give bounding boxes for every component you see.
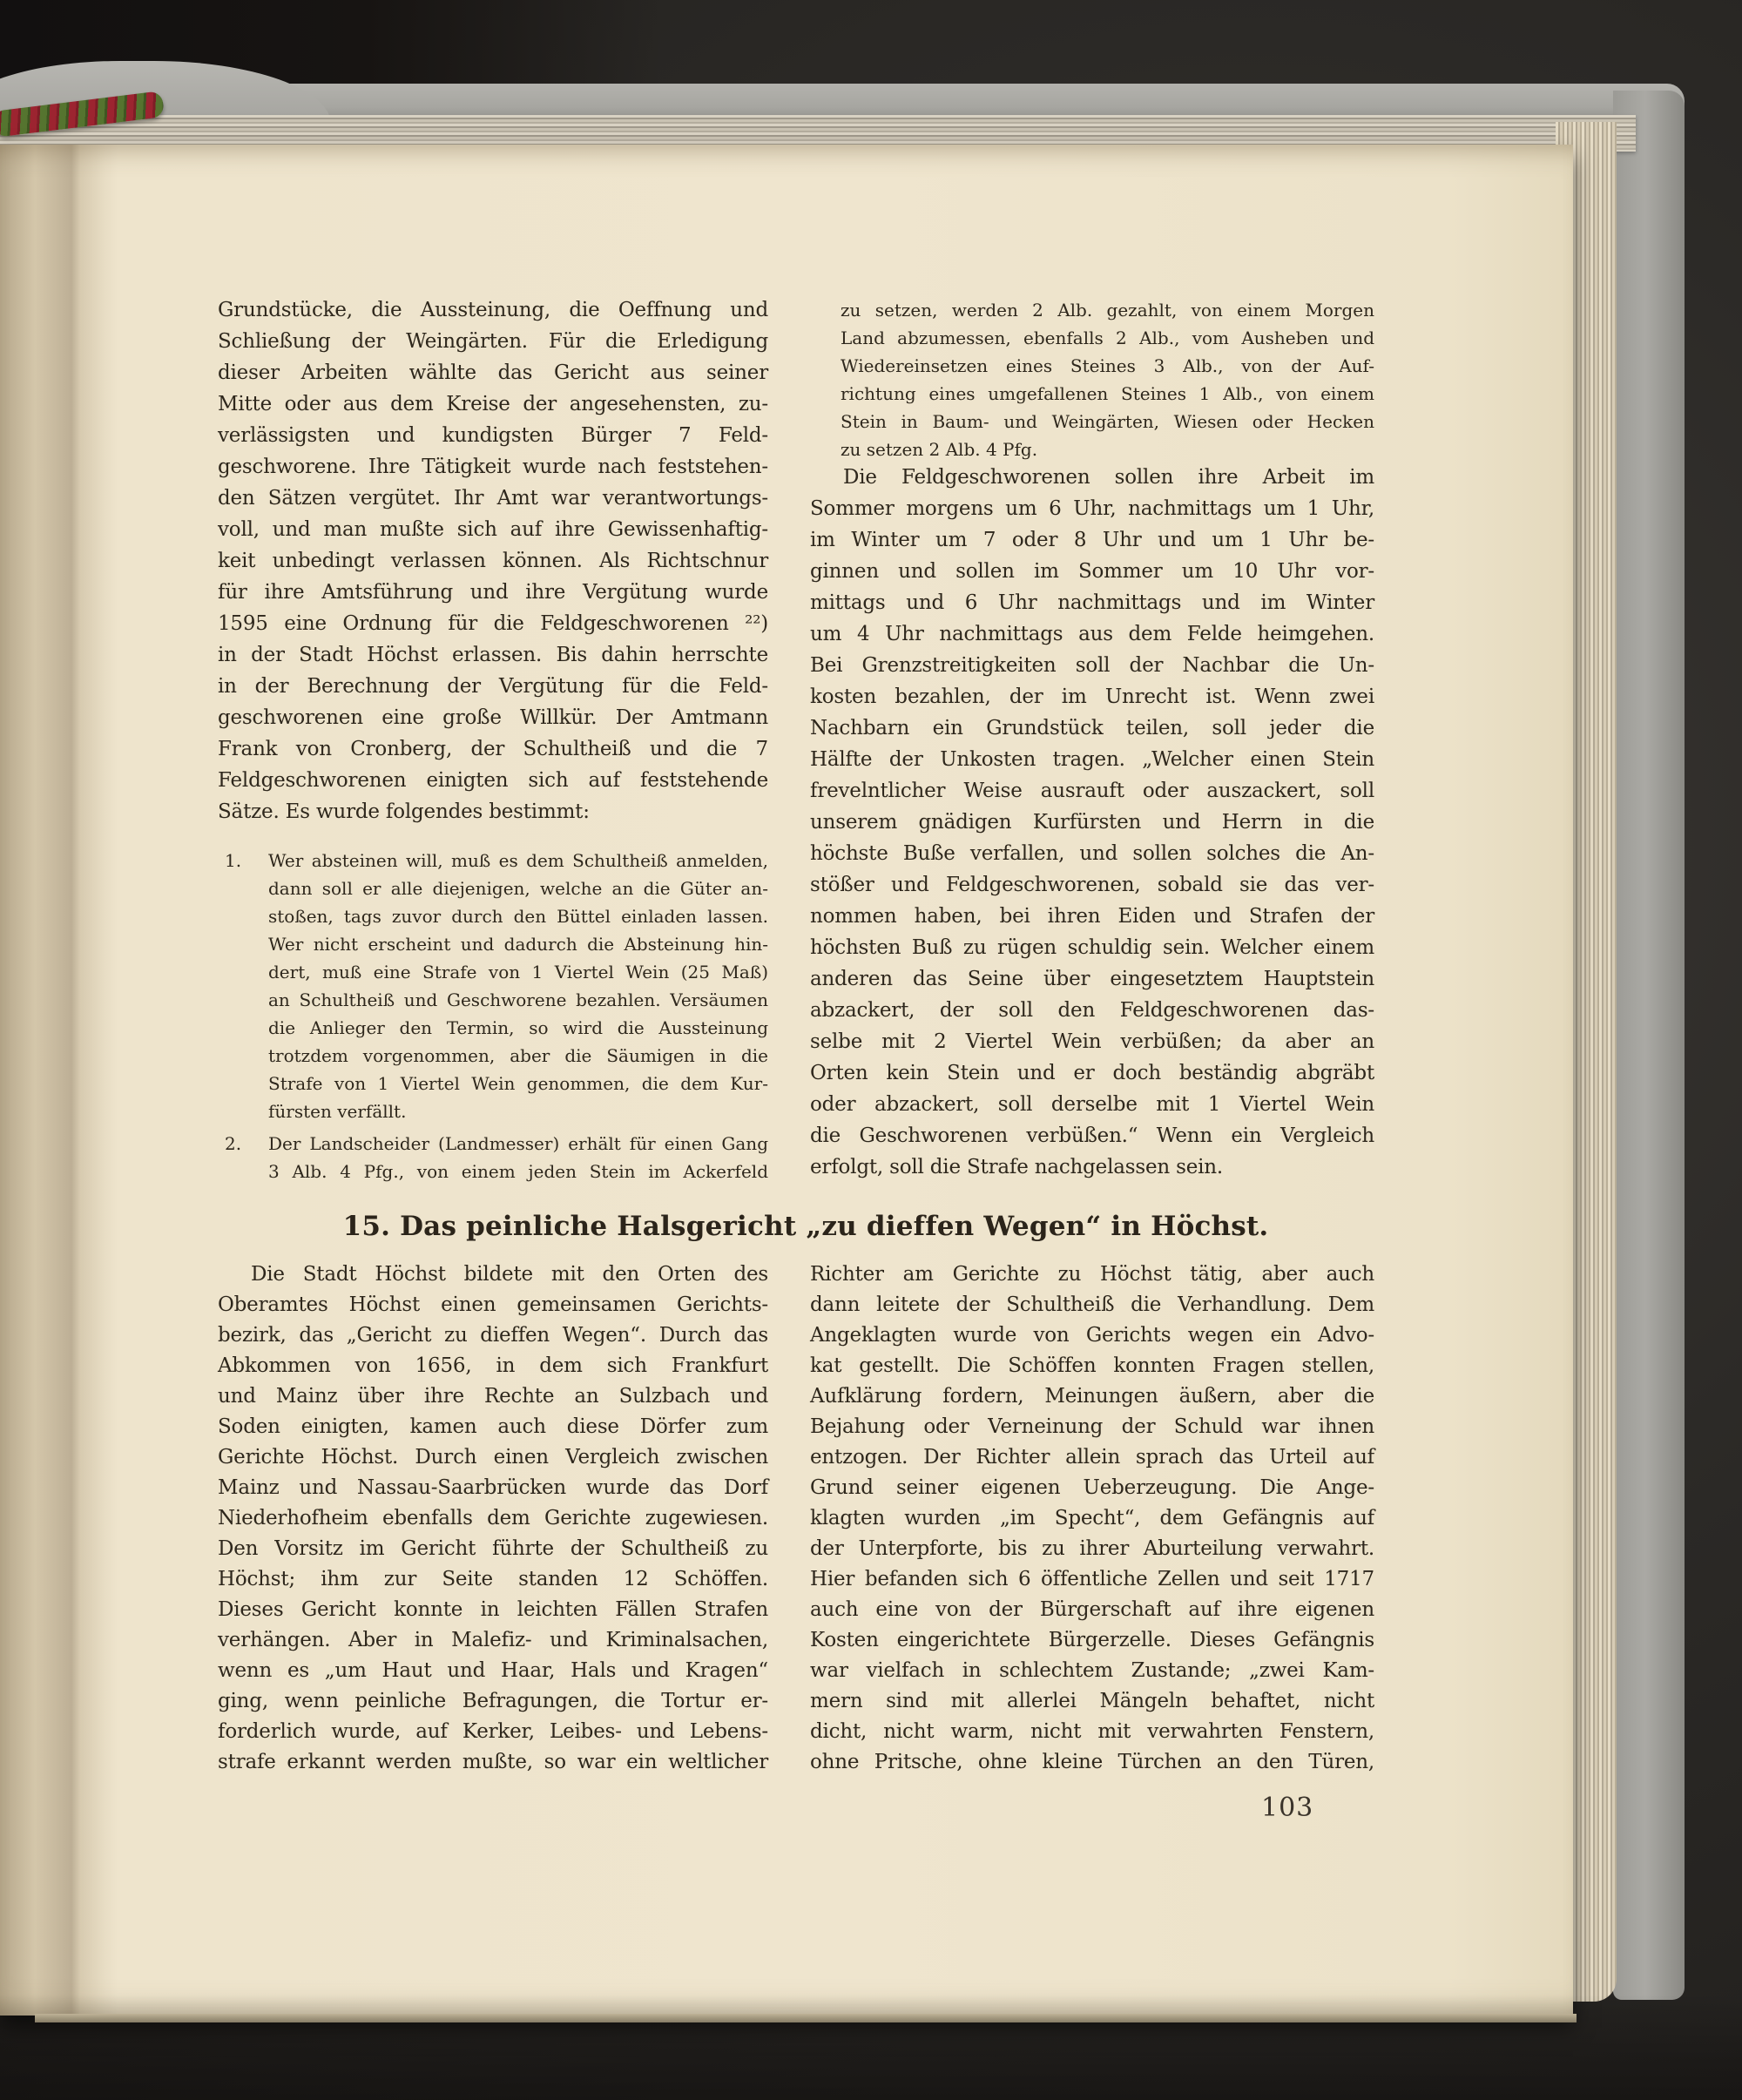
- text-line: Hälfte der Unkosten tragen. „Welcher ein…: [810, 744, 1374, 775]
- page-number: 103: [1261, 1793, 1357, 1823]
- text-line: Frank von Cronberg, der Schultheiß und d…: [218, 733, 768, 765]
- top-right-column-small: zu setzen, werden 2 Alb. gezahlt, von ei…: [841, 296, 1374, 463]
- text-line: richtung eines umgefallenen Steines 1 Al…: [841, 380, 1374, 408]
- text-line: kat gestellt. Die Schöffen konnten Frage…: [810, 1351, 1374, 1381]
- text-line: frevelntlicher Weise ausrauft oder ausza…: [810, 775, 1374, 807]
- text-line: Strafe von 1 Viertel Wein genommen, die …: [268, 1070, 768, 1097]
- list-item: 1.Wer absteinen will, muß es dem Schulth…: [225, 847, 768, 1125]
- text-line: Bei Grenzstreitigkeiten soll der Nachbar…: [810, 650, 1374, 681]
- text-line: anderen das Seine über eingesetztem Haup…: [810, 963, 1374, 995]
- text-line: Höchst; ihm zur Seite standen 12 Schöffe…: [218, 1564, 768, 1595]
- top-left-column: Grundstücke, die Aussteinung, die Oeffnu…: [218, 294, 768, 827]
- list-item: 2.Der Landscheider (Landmesser) erhält f…: [225, 1130, 768, 1185]
- text-line: Orten kein Stein und er doch beständig a…: [810, 1057, 1374, 1089]
- list-item-number: 2.: [225, 1130, 268, 1185]
- text-line: stößer und Feldgeschworenen, sobald sie …: [810, 869, 1374, 901]
- text-line: dieser Arbeiten wählte das Gericht aus s…: [218, 357, 768, 388]
- text-line: Grund seiner eigenen Ueberzeugung. Die A…: [810, 1473, 1374, 1503]
- text-line: Grundstücke, die Aussteinung, die Oeffnu…: [218, 294, 768, 326]
- text-line: unserem gnädigen Kurfürsten und Herrn in…: [810, 807, 1374, 838]
- text-line: Aufklärung fordern, Meinungen äußern, ab…: [810, 1381, 1374, 1412]
- text-line: Niederhofheim ebenfalls dem Gerichte zug…: [218, 1503, 768, 1534]
- text-line: Soden einigten, kamen auch diese Dörfer …: [218, 1412, 768, 1442]
- text-line: Hier befanden sich 6 öffentliche Zellen …: [810, 1564, 1374, 1595]
- text-line: Die Stadt Höchst bildete mit den Orten d…: [218, 1259, 768, 1290]
- bottom-left-column: Die Stadt Höchst bildete mit den Orten d…: [218, 1259, 768, 1778]
- top-right-column: Die Feldgeschworenen sollen ihre Arbeit …: [810, 462, 1374, 1183]
- text-line: Schließung der Weingärten. Für die Erled…: [218, 326, 768, 357]
- text-line: Oberamtes Höchst einen gemeinsamen Geric…: [218, 1290, 768, 1320]
- text-line: dicht, nicht warm, nicht mit verwahrten …: [810, 1717, 1374, 1747]
- text-line: auch eine von der Bürgerschaft auf ihre …: [810, 1595, 1374, 1625]
- text-line: den Sätzen vergütet. Ihr Amt war verantw…: [218, 483, 768, 514]
- text-line: entzogen. Der Richter allein sprach das …: [810, 1442, 1374, 1473]
- text-line: für ihre Amtsführung und ihre Vergütung …: [218, 577, 768, 608]
- text-line: Stein in Baum- und Weingärten, Wiesen od…: [841, 408, 1374, 436]
- text-line: oder abzackert, soll derselbe mit 1 Vier…: [810, 1089, 1374, 1120]
- text-line: geschworene. Ihre Tätigkeit wurde nach f…: [218, 451, 768, 483]
- book-cover-right-edge: [1613, 91, 1685, 2000]
- text-line: wenn es „um Haut und Haar, Hals und Krag…: [218, 1656, 768, 1686]
- text-line: Bejahung oder Verneinung der Schuld war …: [810, 1412, 1374, 1442]
- text-line: kosten bezahlen, der im Unrecht ist. Wen…: [810, 681, 1374, 712]
- text-line: Der Landscheider (Landmesser) erhält für…: [268, 1130, 768, 1158]
- text-line: stoßen, tags zuvor durch den Büttel einl…: [268, 902, 768, 930]
- list-item-body: Wer absteinen will, muß es dem Schulthei…: [268, 847, 768, 1125]
- list-item-number: 1.: [225, 847, 268, 1125]
- text-line: Feldgeschworenen einigten sich auf fests…: [218, 765, 768, 796]
- bottom-right-column: Richter am Gerichte zu Höchst tätig, abe…: [810, 1259, 1374, 1778]
- text-line: im Winter um 7 oder 8 Uhr und um 1 Uhr b…: [810, 524, 1374, 556]
- text-line: mern sind mit allerlei Mängeln behaftet,…: [810, 1686, 1374, 1717]
- list-item-body: Der Landscheider (Landmesser) erhält für…: [268, 1130, 768, 1185]
- text-line: abzackert, der soll den Feldgeschworenen…: [810, 995, 1374, 1026]
- text-line: zu setzen, werden 2 Alb. gezahlt, von ei…: [841, 296, 1374, 324]
- text-line: keit unbedingt verlassen können. Als Ric…: [218, 545, 768, 577]
- section-heading: 15. Das peinliche Halsgericht „zu dieffe…: [235, 1211, 1376, 1242]
- text-line: Dieses Gericht konnte in leichten Fällen…: [218, 1595, 768, 1625]
- text-line: Mainz und Nassau-Saarbrücken wurde das D…: [218, 1473, 768, 1503]
- text-line: zu setzen 2 Alb. 4 Pfg.: [841, 436, 1374, 463]
- text-line: fürsten verfällt.: [268, 1097, 768, 1125]
- text-line: Mitte oder aus dem Kreise der angesehens…: [218, 388, 768, 420]
- text-line: Angeklagten wurde von Gerichts wegen ein…: [810, 1320, 1374, 1351]
- ordinance-list: 1.Wer absteinen will, muß es dem Schulth…: [225, 847, 768, 1190]
- text-line: Wer nicht erscheint und dadurch die Abst…: [268, 930, 768, 958]
- text-line: bezirk, das „Gericht zu dieffen Wegen“. …: [218, 1320, 768, 1351]
- backdrop-bottom-shadow: [0, 1995, 1742, 2100]
- text-line: Wer absteinen will, muß es dem Schulthei…: [268, 847, 768, 874]
- text-line: voll, und man mußte sich auf ihre Gewiss…: [218, 514, 768, 545]
- book-photo-scene: Grundstücke, die Aussteinung, die Oeffnu…: [0, 0, 1742, 2100]
- text-line: Nachbarn ein Grundstück teilen, soll jed…: [810, 712, 1374, 744]
- text-line: 3 Alb. 4 Pfg., von einem jeden Stein im …: [268, 1158, 768, 1185]
- text-line: um 4 Uhr nachmittags aus dem Felde heimg…: [810, 618, 1374, 650]
- text-line: forderlich wurde, auf Kerker, Leibes- un…: [218, 1717, 768, 1747]
- text-line: die Geschworenen verbüßen.“ Wenn ein Ver…: [810, 1120, 1374, 1151]
- text-line: Gerichte Höchst. Durch einen Vergleich z…: [218, 1442, 768, 1473]
- text-line: geschworenen eine große Willkür. Der Amt…: [218, 702, 768, 733]
- text-line: Land abzumessen, ebenfalls 2 Alb., vom A…: [841, 324, 1374, 352]
- text-line: höchsten Buß zu rügen schuldig sein. Wel…: [810, 932, 1374, 963]
- text-line: selbe mit 2 Viertel Wein verbüßen; da ab…: [810, 1026, 1374, 1057]
- text-line: in der Berechnung der Vergütung für die …: [218, 671, 768, 702]
- text-line: Richter am Gerichte zu Höchst tätig, abe…: [810, 1259, 1374, 1290]
- text-line: ohne Pritsche, ohne kleine Türchen an de…: [810, 1747, 1374, 1778]
- text-line: die Anlieger den Termin, so wird die Aus…: [268, 1014, 768, 1042]
- text-line: Abkommen von 1656, in dem sich Frankfurt: [218, 1351, 768, 1381]
- text-line: an Schultheiß und Geschworene bezahlen. …: [268, 986, 768, 1014]
- text-line: verhängen. Aber in Malefiz- und Kriminal…: [218, 1625, 768, 1656]
- text-line: der Unterpforte, bis zu ihrer Aburteilun…: [810, 1534, 1374, 1564]
- text-line: war vielfach in schlechtem Zustande; „zw…: [810, 1656, 1374, 1686]
- text-line: Sätze. Es wurde folgendes bestimmt:: [218, 796, 768, 827]
- text-line: ging, wenn peinliche Befragungen, die To…: [218, 1686, 768, 1717]
- text-line: trotzdem vorgenommen, aber die Säumigen …: [268, 1042, 768, 1070]
- text-line: höchste Buße verfallen, und sollen solch…: [810, 838, 1374, 869]
- text-line: Kosten eingerichtete Bürgerzelle. Dieses…: [810, 1625, 1374, 1656]
- text-line: dert, muß eine Strafe von 1 Viertel Wein…: [268, 958, 768, 986]
- text-line: klagten wurden „im Specht“, dem Gefängni…: [810, 1503, 1374, 1534]
- text-line: in der Stadt Höchst erlassen. Bis dahin …: [218, 639, 768, 671]
- text-line: dann leitete der Schultheiß die Verhandl…: [810, 1290, 1374, 1320]
- text-line: Wiedereinsetzen eines Steines 3 Alb., vo…: [841, 352, 1374, 380]
- text-line: strafe erkannt werden mußte, so war ein …: [218, 1747, 768, 1778]
- text-line: mittags und 6 Uhr nachmittags und im Win…: [810, 587, 1374, 618]
- text-line: und Mainz über ihre Rechte an Sulzbach u…: [218, 1381, 768, 1412]
- text-line: verlässigsten und kundigsten Bürger 7 Fe…: [218, 420, 768, 451]
- text-line: 1595 eine Ordnung für die Feldgeschworen…: [218, 608, 768, 639]
- text-line: dann soll er alle diejenigen, welche an …: [268, 874, 768, 902]
- text-line: ginnen und sollen im Sommer um 10 Uhr vo…: [810, 556, 1374, 587]
- text-line: Den Vorsitz im Gericht führte der Schult…: [218, 1534, 768, 1564]
- text-line: Die Feldgeschworenen sollen ihre Arbeit …: [810, 462, 1374, 493]
- text-line: erfolgt, soll die Strafe nachgelassen se…: [810, 1151, 1374, 1183]
- text-line: Sommer morgens um 6 Uhr, nachmittags um …: [810, 493, 1374, 524]
- text-line: nommen haben, bei ihren Eiden und Strafe…: [810, 901, 1374, 932]
